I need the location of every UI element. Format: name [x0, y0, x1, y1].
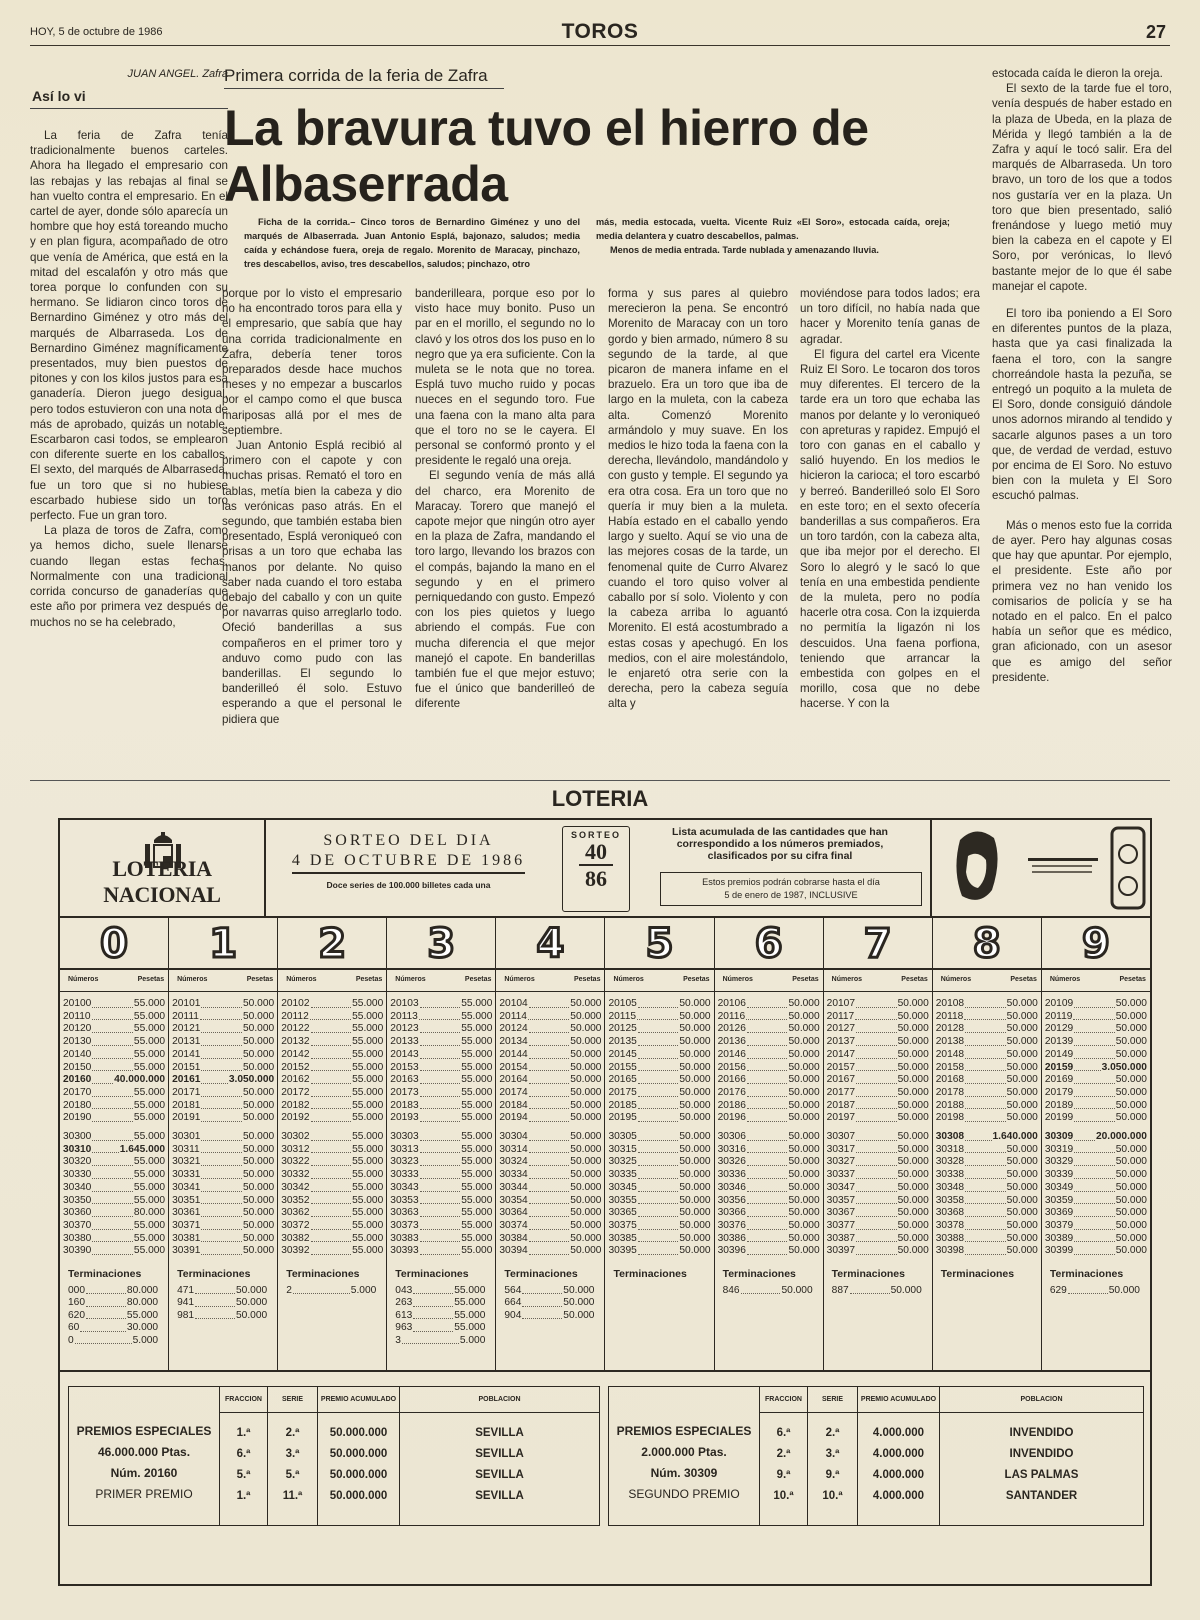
- prize-row: 3031750.000: [827, 1144, 929, 1157]
- column-header: NúmerosPesetas: [1042, 970, 1150, 992]
- prize-row: 2010550.000: [608, 998, 710, 1011]
- prize-row: 2012650.000: [718, 1023, 820, 1036]
- terminaciones-column-9: Terminaciones62950.000: [1042, 1260, 1150, 1370]
- prize-row: 2012850.000: [936, 1023, 1038, 1036]
- newspaper-page: HOY, 5 de octubre de 1986 TOROS 27 JUAN …: [0, 0, 1200, 1620]
- sorteo-del-dia: SORTEO DEL DIA 4 DE OCTUBRE DE 1986 Doce…: [266, 820, 551, 916]
- prize-row: 3033255.000: [281, 1169, 383, 1182]
- digit-0: 0: [60, 918, 169, 968]
- prize-row: 2010850.000: [936, 998, 1038, 1011]
- prize-row: 35.000: [395, 1335, 489, 1348]
- prize-row: 3039550.000: [608, 1245, 710, 1258]
- digit-8: 8: [933, 918, 1042, 968]
- prize-row: 2019850.000: [936, 1112, 1038, 1125]
- prize-row: 2016255.000: [281, 1074, 383, 1087]
- prize-row: 2017650.000: [718, 1087, 820, 1100]
- prize-row: 2014850.000: [936, 1049, 1038, 1062]
- prize-row: 2016550.000: [608, 1074, 710, 1087]
- column-header: NúmerosPesetas: [715, 970, 823, 992]
- prize-row: 84650.000: [723, 1285, 817, 1298]
- prize-row: 2011450.000: [499, 1011, 601, 1024]
- prize-row: 3034355.000: [390, 1182, 492, 1195]
- prize-row: 90450.000: [504, 1310, 598, 1323]
- prize-row: 2013055.000: [63, 1036, 165, 1049]
- prize-row: 2011550.000: [608, 1011, 710, 1024]
- prize-row: 2015550.000: [608, 1062, 710, 1075]
- prize-row: 2014950.000: [1045, 1049, 1147, 1062]
- prize-row: 26355.000: [395, 1297, 489, 1310]
- prize-row: 3030355.000: [390, 1131, 492, 1144]
- prize-row: 3034255.000: [281, 1182, 383, 1195]
- prize-row: 2017750.000: [827, 1087, 929, 1100]
- prize-row: 62055.000: [68, 1310, 162, 1323]
- final-digit-headers: 0 1 2 3 4 5 6 7 8 9: [60, 918, 1150, 970]
- terminaciones-column-8: Terminaciones: [933, 1260, 1042, 1370]
- prize-row: 96355.000: [395, 1322, 489, 1335]
- prize-row: 2018355.000: [390, 1100, 492, 1113]
- prize-row: 3032650.000: [718, 1156, 820, 1169]
- prize-row: 3036850.000: [936, 1207, 1038, 1220]
- digit-column-8: NúmerosPesetas2010850.0002011850.0002012…: [933, 970, 1042, 1290]
- prize-row: 3032355.000: [390, 1156, 492, 1169]
- prize-row: 2011750.000: [827, 1011, 929, 1024]
- prize-row: 3033950.000: [1045, 1169, 1147, 1182]
- prize-row: 2010150.000: [172, 998, 274, 1011]
- article-column-2: porque por lo visto el empresario no ha …: [222, 286, 402, 727]
- prize-row: 2010750.000: [827, 998, 929, 1011]
- prize-row: 2011850.000: [936, 1011, 1038, 1024]
- terminaciones-column-2: Terminaciones25.000: [278, 1260, 387, 1370]
- column-header: NúmerosPesetas: [496, 970, 604, 992]
- prize-row: 25.000: [286, 1285, 380, 1298]
- column-header: NúmerosPesetas: [387, 970, 495, 992]
- prize-row: 04355.000: [395, 1285, 489, 1298]
- prize-row: 2013650.000: [718, 1036, 820, 1049]
- lista-acumulada-text: Lista acumulada de las cantidades que ha…: [650, 826, 910, 862]
- prize-row: 2012355.000: [390, 1023, 492, 1036]
- digit-column-6: NúmerosPesetas2010650.0002011650.0002012…: [715, 970, 824, 1290]
- prize-row: 2018055.000: [63, 1100, 165, 1113]
- prize-row: 2016650.000: [718, 1074, 820, 1087]
- digit-column-3: NúmerosPesetas2010355.0002011355.0002012…: [387, 970, 496, 1290]
- prize-row: 3038450.000: [499, 1233, 601, 1246]
- prize-row: 2019150.000: [172, 1112, 274, 1125]
- prize-row: 2017055.000: [63, 1087, 165, 1100]
- prize-row: 2018450.000: [499, 1100, 601, 1113]
- prize-row: 3037055.000: [63, 1220, 165, 1233]
- column-header: NúmerosPesetas: [605, 970, 713, 992]
- prize-row: 3038750.000: [827, 1233, 929, 1246]
- prize-row: 2011255.000: [281, 1011, 383, 1024]
- prize-row: 2019550.000: [608, 1112, 710, 1125]
- prize-row: 3036080.000: [63, 1207, 165, 1220]
- article-column-6: estocada caída le dieron la oreja. El se…: [992, 66, 1172, 685]
- prize-row: 201613.050.000: [172, 1074, 274, 1087]
- prize-row: 2018850.000: [936, 1100, 1038, 1113]
- prize-row: 2019055.000: [63, 1112, 165, 1125]
- prize-row: 3035355.000: [390, 1195, 492, 1208]
- prize-row: 2016355.000: [390, 1074, 492, 1087]
- digit-column-2: NúmerosPesetas2010255.0002011255.0002012…: [278, 970, 387, 1290]
- prize-row: 3036950.000: [1045, 1207, 1147, 1220]
- prize-row: 3039950.000: [1045, 1245, 1147, 1258]
- ficha-corrida: Ficha de la corrida.– Cinco toros de Ber…: [244, 215, 580, 271]
- prize-row: 3034650.000: [718, 1182, 820, 1195]
- page-header: HOY, 5 de octubre de 1986 TOROS 27: [30, 22, 1170, 46]
- prize-row: 3034150.000: [172, 1182, 274, 1195]
- prize-row: 3031550.000: [608, 1144, 710, 1157]
- column-header: NúmerosPesetas: [60, 970, 168, 992]
- prize-row: 3034750.000: [827, 1182, 929, 1195]
- digit-column-7: NúmerosPesetas2010750.0002011750.0002012…: [824, 970, 933, 1290]
- prize-table: NúmerosPesetas2010055.0002011055.0002012…: [60, 970, 1150, 1290]
- prize-row: 47150.000: [177, 1285, 271, 1298]
- prize-row: 88750.000: [832, 1285, 926, 1298]
- loteria-box: LOTERIA NACIONAL SORTEO DEL DIA 4 DE OCT…: [58, 818, 1152, 1586]
- prize-row: 2017950.000: [1045, 1087, 1147, 1100]
- prize-row: 3031355.000: [390, 1144, 492, 1157]
- prize-row: 3037255.000: [281, 1220, 383, 1233]
- premio-column: 2.ª3.ª5.ª11.ª: [267, 1413, 317, 1525]
- prize-row: 3030750.000: [827, 1131, 929, 1144]
- terminaciones-column-5: Terminaciones: [605, 1260, 714, 1370]
- prize-row: 2017850.000: [936, 1087, 1038, 1100]
- digit-column-4: NúmerosPesetas2010450.0002011450.0002012…: [496, 970, 605, 1290]
- lottery-ticket-image: [930, 820, 1152, 916]
- premio-column: 6.ª2.ª9.ª10.ª: [759, 1413, 807, 1525]
- digit-1: 1: [169, 918, 278, 968]
- prize-row: 3034450.000: [499, 1182, 601, 1195]
- prize-row: 62950.000: [1050, 1285, 1144, 1298]
- column-title: Así lo vi: [30, 88, 228, 109]
- prize-row: 2019450.000: [499, 1112, 601, 1125]
- prize-row: 2012255.000: [281, 1023, 383, 1036]
- prize-row: 2010650.000: [718, 998, 820, 1011]
- prize-row: 2016850.000: [936, 1074, 1038, 1087]
- premio-summary: PREMIOS ESPECIALES46.000.000 Ptas.Núm. 2…: [69, 1387, 219, 1525]
- prize-row: 3034950.000: [1045, 1182, 1147, 1195]
- prize-row: 2012550.000: [608, 1023, 710, 1036]
- prize-row: 3033750.000: [827, 1169, 929, 1182]
- prize-row: 3037450.000: [499, 1220, 601, 1233]
- prize-row: 2015055.000: [63, 1062, 165, 1075]
- ficha-corrida-cont: más, media estocada, vuelta. Vicente Rui…: [596, 215, 950, 257]
- prize-row: 303081.640.000: [936, 1131, 1038, 1144]
- prize-row: 3031450.000: [499, 1144, 601, 1157]
- prize-row: 3033355.000: [390, 1169, 492, 1182]
- prize-row: 3035255.000: [281, 1195, 383, 1208]
- prize-row: 3038255.000: [281, 1233, 383, 1246]
- digit-column-1: NúmerosPesetas2010150.0002011150.0002012…: [169, 970, 278, 1290]
- prize-row: 2015750.000: [827, 1062, 929, 1075]
- prize-row: 3035950.000: [1045, 1195, 1147, 1208]
- prize-row: 2013450.000: [499, 1036, 601, 1049]
- digit-6: 6: [715, 918, 824, 968]
- prize-row: 2019950.000: [1045, 1112, 1147, 1125]
- prize-row: 61355.000: [395, 1310, 489, 1323]
- prize-row: 3037150.000: [172, 1220, 274, 1233]
- prize-row: 2018255.000: [281, 1100, 383, 1113]
- article-column-3: banderilleara, porque eso por lo visto h…: [415, 286, 595, 712]
- prize-row: 3037650.000: [718, 1220, 820, 1233]
- prize-row: 3038850.000: [936, 1233, 1038, 1246]
- prize-row: 2010255.000: [281, 998, 383, 1011]
- prize-row: 3039750.000: [827, 1245, 929, 1258]
- prize-row: 94150.000: [177, 1297, 271, 1310]
- column-header: NúmerosPesetas: [933, 970, 1041, 992]
- prize-row: 3030650.000: [718, 1131, 820, 1144]
- prize-row: 2013850.000: [936, 1036, 1038, 1049]
- prize-row: 2017550.000: [608, 1087, 710, 1100]
- section-title: TOROS: [30, 20, 1170, 44]
- prize-row: 3033550.000: [608, 1169, 710, 1182]
- prize-row: 3033850.000: [936, 1169, 1038, 1182]
- prize-row: 3038150.000: [172, 1233, 274, 1246]
- digit-column-0: NúmerosPesetas2010055.0002011055.0002012…: [60, 970, 169, 1290]
- prize-row: 3034055.000: [63, 1182, 165, 1195]
- prize-row: 2017355.000: [390, 1087, 492, 1100]
- prize-row: 3038950.000: [1045, 1233, 1147, 1246]
- prize-row: 3033150.000: [172, 1169, 274, 1182]
- prize-row: 3037950.000: [1045, 1220, 1147, 1233]
- digit-3: 3: [387, 918, 496, 968]
- prize-row: 3039355.000: [390, 1245, 492, 1258]
- prize-row: 3035550.000: [608, 1195, 710, 1208]
- prize-row: 3035750.000: [827, 1195, 929, 1208]
- prize-row: 2015450.000: [499, 1062, 601, 1075]
- prize-row: 3032950.000: [1045, 1156, 1147, 1169]
- prize-row: 3036150.000: [172, 1207, 274, 1220]
- loteria-title: LOTERIA: [0, 786, 1200, 812]
- page-number: 27: [1146, 22, 1166, 43]
- ticket-portrait-icon: [932, 820, 1154, 916]
- prize-row: 3030150.000: [172, 1131, 274, 1144]
- prize-row: 2012750.000: [827, 1023, 929, 1036]
- prize-row: 3039150.000: [172, 1245, 274, 1258]
- prize-row: 3039850.000: [936, 1245, 1038, 1258]
- prize-row: 2012150.000: [172, 1023, 274, 1036]
- prize-row: 3037750.000: [827, 1220, 929, 1233]
- premio-column: INVENDIDOINVENDIDOLAS PALMASSANTANDER: [939, 1413, 1143, 1525]
- prize-row: 2015650.000: [718, 1062, 820, 1075]
- prize-row: 3032255.000: [281, 1156, 383, 1169]
- prize-row: 3038650.000: [718, 1233, 820, 1246]
- prize-row: 2018950.000: [1045, 1100, 1147, 1113]
- article-column-1: La feria de Zafra tenía tradicionalmente…: [30, 128, 228, 630]
- prize-row: 2018150.000: [172, 1100, 274, 1113]
- prize-row: 2019255.000: [281, 1112, 383, 1125]
- prize-row: 3031255.000: [281, 1144, 383, 1157]
- prize-row: 2015150.000: [172, 1062, 274, 1075]
- prize-row: 2013950.000: [1045, 1036, 1147, 1049]
- prize-row: 2012055.000: [63, 1023, 165, 1036]
- prize-row: 2013355.000: [390, 1036, 492, 1049]
- loteria-header: LOTERIA NACIONAL SORTEO DEL DIA 4 DE OCT…: [60, 820, 1150, 918]
- prize-row: 2017150.000: [172, 1087, 274, 1100]
- digit-4: 4: [496, 918, 605, 968]
- prize-row: 3035055.000: [63, 1195, 165, 1208]
- prize-row: 3037850.000: [936, 1220, 1038, 1233]
- prize-row: 2014550.000: [608, 1049, 710, 1062]
- prize-row: 3032750.000: [827, 1156, 929, 1169]
- prize-row: 2010950.000: [1045, 998, 1147, 1011]
- prize-row: 3038550.000: [608, 1233, 710, 1246]
- loteria-nacional-logo: LOTERIA NACIONAL: [60, 820, 266, 916]
- prize-row: 2011150.000: [172, 1011, 274, 1024]
- premios-especiales-primer: PREMIOS ESPECIALES46.000.000 Ptas.Núm. 2…: [68, 1386, 600, 1526]
- digit-column-9: NúmerosPesetas2010950.0002011950.0002012…: [1042, 970, 1150, 1290]
- prize-row: 3031650.000: [718, 1144, 820, 1157]
- prize-row: 2014450.000: [499, 1049, 601, 1062]
- prize-row: 3032850.000: [936, 1156, 1038, 1169]
- prize-row: 3035450.000: [499, 1195, 601, 1208]
- prize-row: 2015850.000: [936, 1062, 1038, 1075]
- prize-row: 303101.645.000: [63, 1144, 165, 1157]
- prize-row: 2017255.000: [281, 1087, 383, 1100]
- prize-row: 3035650.000: [718, 1195, 820, 1208]
- article-column-4: forma y sus pares al quiebro merecieron …: [608, 286, 788, 712]
- prize-row: 3033450.000: [499, 1169, 601, 1182]
- terminaciones-table: Terminaciones00080.00016080.00062055.000…: [60, 1260, 1150, 1372]
- prize-row: 3030920.000.000: [1045, 1131, 1147, 1144]
- prize-row: 2011355.000: [390, 1011, 492, 1024]
- prize-row: 2016040.000.000: [63, 1074, 165, 1087]
- prize-row: 3034850.000: [936, 1182, 1038, 1195]
- prize-row: 2015255.000: [281, 1062, 383, 1075]
- prize-row: 3031150.000: [172, 1144, 274, 1157]
- prize-row: 2016750.000: [827, 1074, 929, 1087]
- column-header: NúmerosPesetas: [824, 970, 932, 992]
- article-column-5: moviéndose para todos lados; era un toro…: [800, 286, 980, 712]
- digit-5: 5: [605, 918, 714, 968]
- prize-row: 2010055.000: [63, 998, 165, 1011]
- prize-row: 3039650.000: [718, 1245, 820, 1258]
- prize-row: 3033055.000: [63, 1169, 165, 1182]
- prize-row: 3038355.000: [390, 1233, 492, 1246]
- prize-row: 3039450.000: [499, 1245, 601, 1258]
- prize-row: 201593.050.000: [1045, 1062, 1147, 1075]
- prize-row: 2010450.000: [499, 998, 601, 1011]
- premio-column: SEVILLASEVILLASEVILLASEVILLA: [399, 1413, 599, 1525]
- prize-row: 2011950.000: [1045, 1011, 1147, 1024]
- prize-row: 3033650.000: [718, 1169, 820, 1182]
- column-header: NúmerosPesetas: [169, 970, 277, 992]
- digit-2: 2: [278, 918, 387, 968]
- terminaciones-column-7: Terminaciones88750.000: [824, 1260, 933, 1370]
- prize-row: 2013750.000: [827, 1036, 929, 1049]
- prize-row: 3034550.000: [608, 1182, 710, 1195]
- prize-row: 2019355.000: [390, 1112, 492, 1125]
- terminaciones-column-6: Terminaciones84650.000: [715, 1260, 824, 1370]
- prize-row: 3030055.000: [63, 1131, 165, 1144]
- prize-row: 3037355.000: [390, 1220, 492, 1233]
- premio-summary: PREMIOS ESPECIALES2.000.000 Ptas.Núm. 30…: [609, 1387, 759, 1525]
- digit-9: 9: [1042, 918, 1150, 968]
- sorteo-number-box: SORTEO 40 86: [562, 826, 630, 912]
- prize-row: 66450.000: [504, 1297, 598, 1310]
- prize-row: 3036550.000: [608, 1207, 710, 1220]
- prize-row: 3037550.000: [608, 1220, 710, 1233]
- article-pretitle: Primera corrida de la feria de Zafra: [224, 66, 504, 89]
- prize-row: 2016950.000: [1045, 1074, 1147, 1087]
- prize-row: 2013550.000: [608, 1036, 710, 1049]
- prize-row: 00080.000: [68, 1285, 162, 1298]
- prize-row: 2016450.000: [499, 1074, 601, 1087]
- prize-row: 2017450.000: [499, 1087, 601, 1100]
- divider: [30, 780, 1170, 781]
- digit-column-5: NúmerosPesetas2010550.0002011550.0002012…: [605, 970, 714, 1290]
- prize-row: 98150.000: [177, 1310, 271, 1323]
- prize-row: 3031950.000: [1045, 1144, 1147, 1157]
- byline: JUAN ANGEL. Zafra: [60, 68, 228, 80]
- prize-row: 2019650.000: [718, 1112, 820, 1125]
- terminaciones-column-1: Terminaciones47150.00094150.00098150.000: [169, 1260, 278, 1370]
- prize-row: 3038055.000: [63, 1233, 165, 1246]
- prize-row: 2013255.000: [281, 1036, 383, 1049]
- column-header: NúmerosPesetas: [278, 970, 386, 992]
- prize-row: 3030255.000: [281, 1131, 383, 1144]
- prize-row: 2019750.000: [827, 1112, 929, 1125]
- premio-column: 4.000.0004.000.0004.000.0004.000.000: [857, 1413, 939, 1525]
- terminaciones-column-4: Terminaciones56450.00066450.00090450.000: [496, 1260, 605, 1370]
- prize-row: 3035850.000: [936, 1195, 1038, 1208]
- prize-row: 2014150.000: [172, 1049, 274, 1062]
- prize-row: 3032150.000: [172, 1156, 274, 1169]
- prize-row: 3036650.000: [718, 1207, 820, 1220]
- prize-row: 3032550.000: [608, 1156, 710, 1169]
- prize-row: 2014750.000: [827, 1049, 929, 1062]
- prize-row: 2014255.000: [281, 1049, 383, 1062]
- prize-row: 3036355.000: [390, 1207, 492, 1220]
- prize-row: 3031850.000: [936, 1144, 1038, 1157]
- cobrar-notice: Estos premios podrán cobrarse hasta el d…: [660, 872, 922, 906]
- prize-row: 2015355.000: [390, 1062, 492, 1075]
- prize-row: 2012450.000: [499, 1023, 601, 1036]
- prize-row: 2011055.000: [63, 1011, 165, 1024]
- article-headline: La bravura tuvo el hierro de Albaserrada: [224, 100, 924, 212]
- prize-row: 3030450.000: [499, 1131, 601, 1144]
- prize-row: 2012950.000: [1045, 1023, 1147, 1036]
- prize-row: 2011650.000: [718, 1011, 820, 1024]
- premio-column: 1.ª6.ª5.ª1.ª: [219, 1413, 267, 1525]
- prize-row: 2014355.000: [390, 1049, 492, 1062]
- digit-7: 7: [824, 918, 933, 968]
- prize-row: 3035150.000: [172, 1195, 274, 1208]
- prize-row: 3039055.000: [63, 1245, 165, 1258]
- premio-column: 50.000.00050.000.00050.000.00050.000.000: [317, 1413, 399, 1525]
- prize-row: 3036750.000: [827, 1207, 929, 1220]
- prize-row: 56450.000: [504, 1285, 598, 1298]
- prize-row: 2014055.000: [63, 1049, 165, 1062]
- prize-row: 2013150.000: [172, 1036, 274, 1049]
- prize-row: 6030.000: [68, 1322, 162, 1335]
- terminaciones-column-3: Terminaciones04355.00026355.00061355.000…: [387, 1260, 496, 1370]
- prize-row: 2010355.000: [390, 998, 492, 1011]
- prize-row: 3039255.000: [281, 1245, 383, 1258]
- prize-row: 05.000: [68, 1335, 162, 1348]
- prize-row: 2018550.000: [608, 1100, 710, 1113]
- prize-row: 2014650.000: [718, 1049, 820, 1062]
- prize-row: 3032450.000: [499, 1156, 601, 1169]
- prize-row: 16080.000: [68, 1297, 162, 1310]
- prize-row: 3030550.000: [608, 1131, 710, 1144]
- terminaciones-column-0: Terminaciones00080.00016080.00062055.000…: [60, 1260, 169, 1370]
- prize-row: 2018750.000: [827, 1100, 929, 1113]
- premios-especiales-segundo: PREMIOS ESPECIALES2.000.000 Ptas.Núm. 30…: [608, 1386, 1144, 1526]
- prize-row: 2018650.000: [718, 1100, 820, 1113]
- prize-row: 3036450.000: [499, 1207, 601, 1220]
- prize-row: 3036255.000: [281, 1207, 383, 1220]
